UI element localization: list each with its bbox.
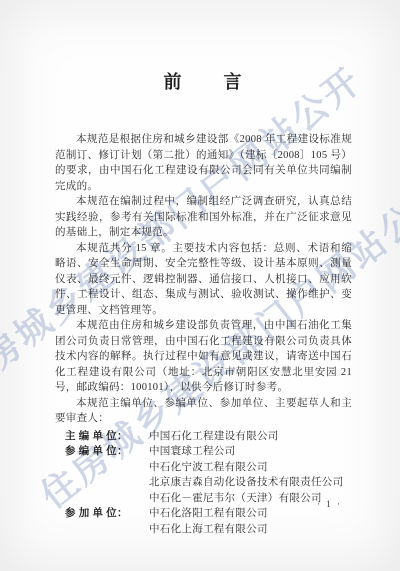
page-title: 前 言 [55,0,352,132]
paragraph: 本规范共分 15 章。主要技术内容包括：总则、术语和缩略语、安全生命周期、安全完… [55,241,352,319]
unit-name: 北京康吉森自动化设备技术有限责任公司 [149,475,352,491]
page-number: · 1 · [317,499,342,509]
document-page: 住房城乡建设部门户网站公开 住房城乡建设部门户网站公开 前 言 本规范是根据住房… [0,0,400,571]
unit-names: 中国寰球工程公司中石化宁波工程有限公司北京康吉森自动化设备技术有限责任公司中石化… [149,444,352,506]
unit-row: 参 编 单 位：中国寰球工程公司中石化宁波工程有限公司北京康吉森自动化设备技术有… [55,444,352,506]
unit-name: 中国石化工程建设有限公司 [149,429,352,445]
paragraph: 本规范主编单位、参编单位、参加单位、主要起草人和主要审查人： [55,396,352,427]
editorial-units: 主 编 单 位：中国石化工程建设有限公司参 编 单 位：中国寰球工程公司中石化宁… [55,429,352,538]
document-content: 前 言 本规范是根据住房和城乡建设部《2008 年工程建设标准规范制订、修订计划… [0,0,400,537]
paragraph: 本规范在编制过程中，编制组经广泛调查研究，认真总结实践经验，参考有关国际标准和国… [55,194,352,241]
unit-name: 中石化上海工程有限公司 [149,522,352,538]
unit-label: 参 加 单 位： [55,506,149,537]
unit-name: 中国寰球工程公司 [149,444,352,460]
unit-label: 参 编 单 位： [55,444,149,506]
unit-names: 中石化洛阳工程有限公司中石化上海工程有限公司 [149,506,352,537]
unit-name: 中石化宁波工程有限公司 [149,460,352,476]
unit-row: 参 加 单 位：中石化洛阳工程有限公司中石化上海工程有限公司 [55,506,352,537]
unit-row: 主 编 单 位：中国石化工程建设有限公司 [55,429,352,445]
paragraphs: 本规范是根据住房和城乡建设部《2008 年工程建设标准规范制订、修订计划（第二批… [55,132,352,427]
paragraph: 本规范是根据住房和城乡建设部《2008 年工程建设标准规范制订、修订计划（第二批… [55,132,352,194]
paragraph: 本规范由住房和城乡建设部负责管理，由中国石油化工集团公司负责日常管理，由中国石化… [55,318,352,396]
unit-names: 中国石化工程建设有限公司 [149,429,352,445]
unit-label: 主 编 单 位： [55,429,149,445]
